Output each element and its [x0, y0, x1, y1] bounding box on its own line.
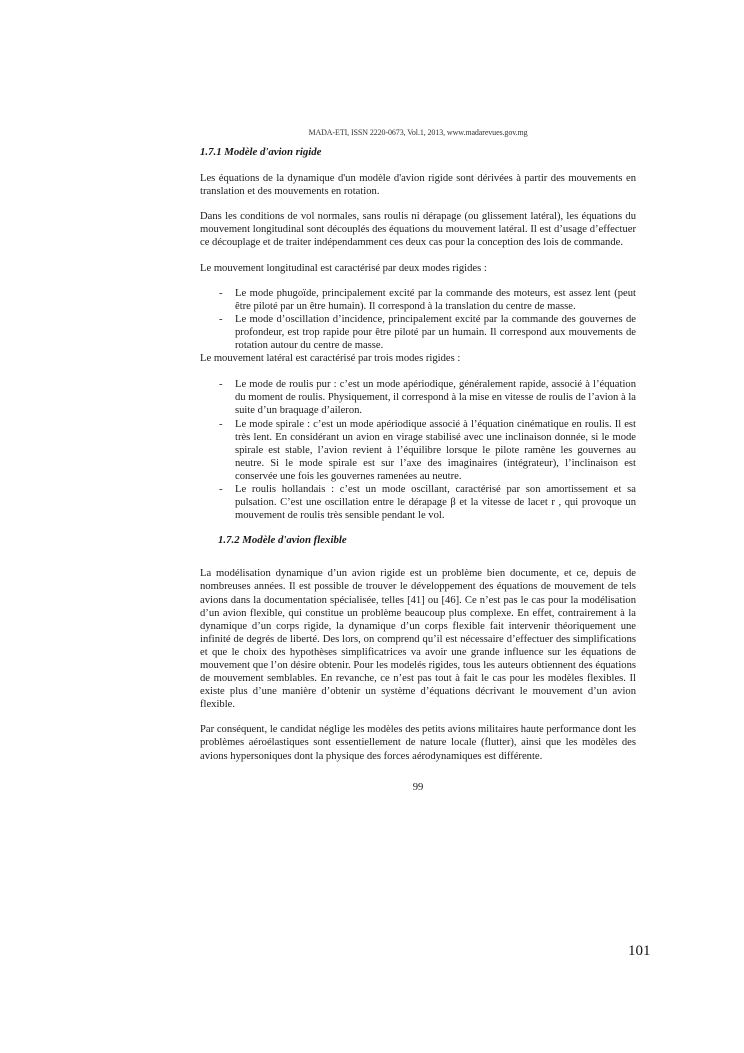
document-page: MADA-ETI, ISSN 2220-0673, Vol.1, 2013, w…: [200, 128, 636, 794]
paragraph: Par conséquent, le candidat néglige les …: [200, 723, 636, 762]
list-item: Le mode spirale : c’est un mode apériodi…: [235, 418, 636, 483]
outer-page-number: 101: [628, 943, 651, 960]
list-item: Le roulis hollandais : c’est un mode osc…: [235, 483, 636, 522]
section-heading-flexible: 1.7.2 Modèle d'avion flexible: [218, 534, 636, 547]
section-heading-rigid: 1.7.1 Modèle d'avion rigide: [200, 146, 636, 159]
longitudinal-modes-list: Le mode phugoïde, principalement excité …: [200, 287, 636, 352]
list-item: Le mode d’oscillation d’incidence, princ…: [235, 313, 636, 352]
paragraph: Les équations de la dynamique d'un modèl…: [200, 172, 636, 198]
paragraph: La modélisation dynamique d’un avion rig…: [200, 567, 636, 711]
list-item: Le mode phugoïde, principalement excité …: [235, 287, 636, 313]
lateral-modes-list: Le mode de roulis pur : c’est un mode ap…: [200, 378, 636, 522]
running-header: MADA-ETI, ISSN 2220-0673, Vol.1, 2013, w…: [200, 128, 636, 138]
paragraph: Le mouvement latéral est caractérisé par…: [200, 352, 636, 365]
paragraph: Le mouvement longitudinal est caractéris…: [200, 262, 636, 275]
paragraph: Dans les conditions de vol normales, san…: [200, 210, 636, 249]
inner-page-number: 99: [200, 781, 636, 794]
list-item: Le mode de roulis pur : c’est un mode ap…: [235, 378, 636, 417]
